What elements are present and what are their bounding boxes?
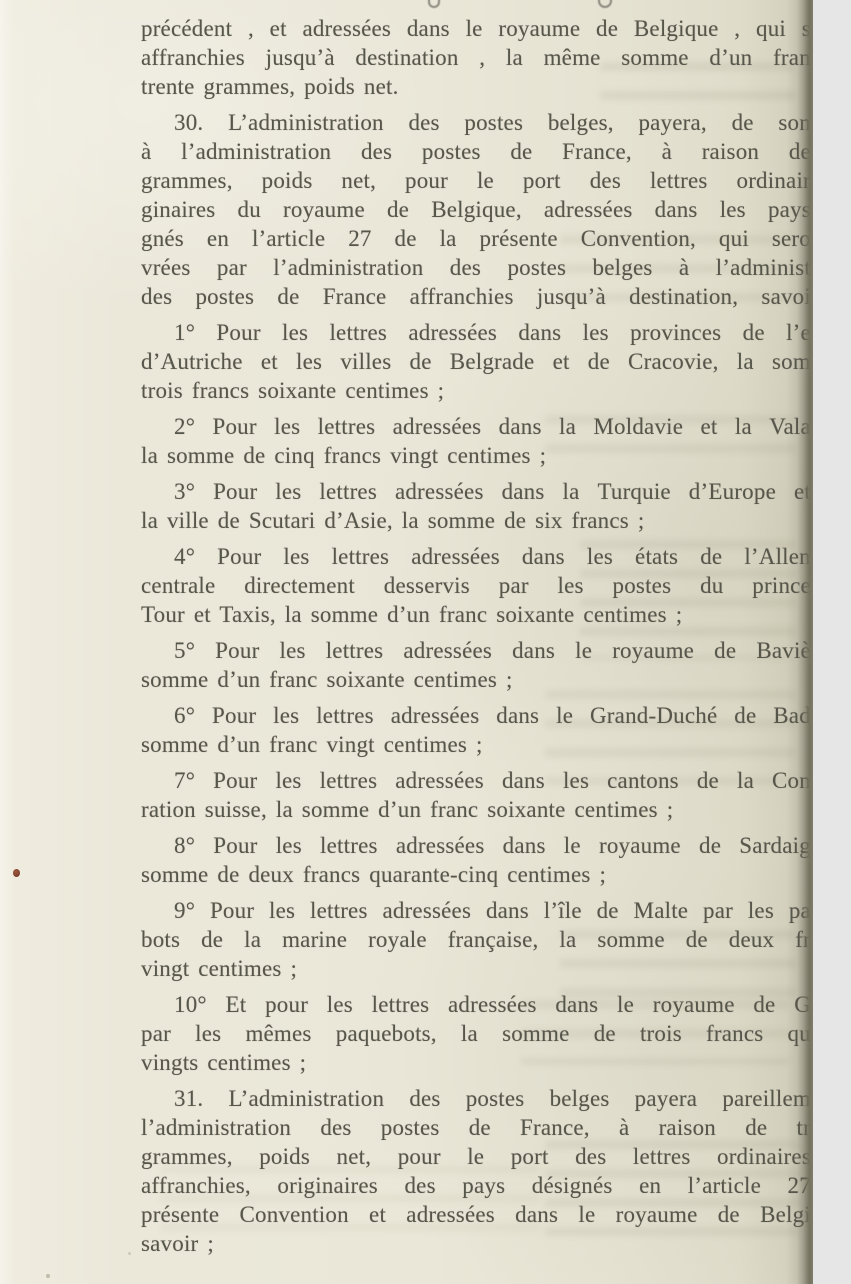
text-line: somme de deux francs quarante-cinq centi… [141,860,811,889]
text-line: savoir ; [141,1229,811,1258]
text-line: vingt centimes ; [141,954,811,983]
text-line: présenteConventionetadresséesdansleroyau… [141,1200,811,1229]
dust-speck [46,1274,50,1278]
text-line: 8°Pourleslettresadresséesdansleroyaumede… [141,831,811,860]
text-line: 3°PourleslettresadresséesdanslaTurquied’… [141,477,811,506]
text-line: 9°Pourleslettresadresséesdansl’îledeMalt… [141,896,811,925]
text-line: 2°PourleslettresadresséesdanslaMoldaviee… [141,412,811,441]
text-line: la somme de cinq francs vingt centimes ; [141,441,811,470]
text-line: 4°Pourleslettresadresséesdanslesétatsdel… [141,542,811,571]
dust-speck [128,1252,131,1255]
ink-speck [13,869,20,877]
text-line: l’administrationdespostesdeFrance,àraiso… [141,1113,811,1142]
text-line: vréesparl’administrationdespostesbelgesà… [141,253,811,282]
text-line: précédent,etadresséesdansleroyaumedeBelg… [141,14,811,43]
paragraph: 4°Pourleslettresadresséesdanslesétatsdel… [141,542,811,629]
text-line: grammes,poidsnet,pourleportdeslettresord… [141,166,811,195]
text-line: grammes,poidsnet,pourleportdeslettresord… [141,1142,811,1171]
paragraph: 7°Pourleslettresadresséesdanslescantonsd… [141,766,811,824]
text-line: 7°Pourleslettresadresséesdanslescantonsd… [141,766,811,795]
paragraph: 6°PourleslettresadresséesdansleGrand-Duc… [141,701,811,759]
text-line: la ville de Scutari d’Asie, la somme de … [141,506,811,535]
text-line: 6°PourleslettresadresséesdansleGrand-Duc… [141,701,811,730]
paragraph: 5°Pourleslettresadresséesdansleroyaumede… [141,636,811,694]
text-line: àl’administrationdespostesdeFrance,àrais… [141,137,811,166]
text-line: ginairesduroyaumedeBelgique,adresséesdan… [141,195,811,224]
scanned-page: précédent,etadresséesdansleroyaumedeBelg… [0,0,813,1284]
paragraph: 10°Etpourleslettresadresséesdansleroyaum… [141,990,811,1077]
text-line: ration suisse, la somme d’un franc soixa… [141,795,811,824]
cropped-line-fragment [428,0,440,8]
page-edge-shadow [797,0,813,1284]
text-line: gnésenl’article27delaprésenteConvention,… [141,224,811,253]
text-line: affranchies,originairesdespaysdésignésen… [141,1171,811,1200]
text-line: somme d’un franc vingt centimes ; [141,730,811,759]
paragraph: 2°PourleslettresadresséesdanslaMoldaviee… [141,412,811,470]
text-line: parlesmêmespaquebots,lasommedetroisfranc… [141,1019,811,1048]
text-line: Tour et Taxis, la somme d’un franc soixa… [141,600,811,629]
text-line: 31.L’administrationdespostesbelgespayera… [141,1084,811,1113]
paragraph: 30.L’administrationdespostesbelges,payer… [141,108,811,311]
text-line: despostesdeFranceaffranchiesjusqu’àdesti… [141,282,811,311]
text-line: somme d’un franc soixante centimes ; [141,665,811,694]
paragraph: 31.L’administrationdespostesbelgespayera… [141,1084,811,1258]
text-line: affranchiesjusqu’àdestination,lamêmesomm… [141,43,811,72]
scanner-background [813,0,851,1284]
text-line: botsdelamarineroyalefrançaise,lasommeded… [141,925,811,954]
text-line: d’AutricheetlesvillesdeBelgradeetdeCraco… [141,347,811,376]
text-line: 30.L’administrationdespostesbelges,payer… [141,108,811,137]
cropped-line-fragment [598,0,612,8]
text-line: vingts centimes ; [141,1048,811,1077]
paragraph: 8°Pourleslettresadresséesdansleroyaumede… [141,831,811,889]
text-line: trente grammes, poids net. [141,72,811,101]
paragraph: précédent,etadresséesdansleroyaumedeBelg… [141,14,811,101]
text-line: 10°Etpourleslettresadresséesdansleroyaum… [141,990,811,1019]
paragraph: 3°PourleslettresadresséesdanslaTurquied’… [141,477,811,535]
text-line: 1°Pourleslettresadresséesdanslesprovince… [141,318,811,347]
paragraph: 1°Pourleslettresadresséesdanslesprovince… [141,318,811,405]
page-text: précédent,etadresséesdansleroyaumedeBelg… [141,14,811,1258]
paragraph: 9°Pourleslettresadresséesdansl’îledeMalt… [141,896,811,983]
text-line: centraledirectementdesservisparlespostes… [141,571,811,600]
text-line: trois francs soixante centimes ; [141,376,811,405]
text-line: 5°Pourleslettresadresséesdansleroyaumede… [141,636,811,665]
